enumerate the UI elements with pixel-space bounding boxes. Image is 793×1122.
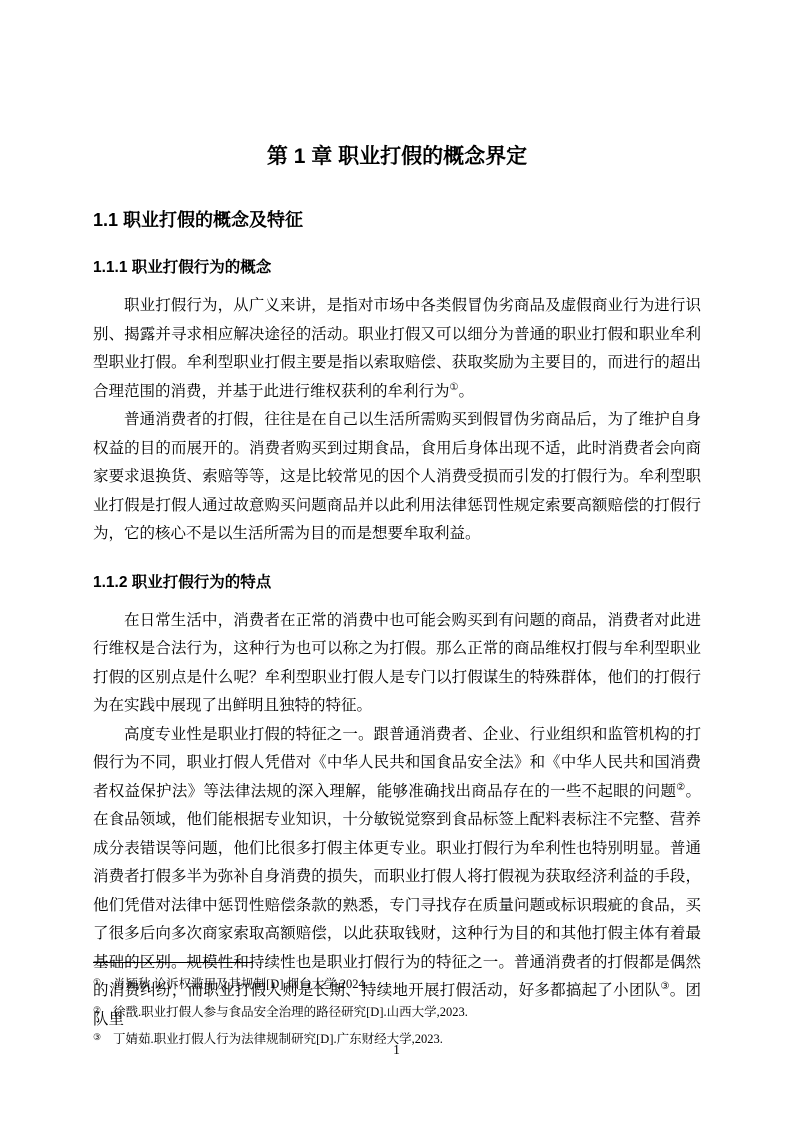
paragraph-1-end: 。 (458, 383, 474, 400)
subsection-heading-1-1-2: 1.1.2 职业打假行为的特点 (93, 573, 701, 593)
subsection-heading-1-1-1: 1.1.1 职业打假行为的概念 (93, 258, 701, 278)
page-number: 1 (0, 1042, 793, 1058)
footnote-separator (93, 962, 253, 963)
footnote-1: ① 肖颖秋.论诉权滥用及其规制[D].烟台大学,2024. (93, 971, 701, 999)
paragraph-1-text: 职业打假行为，从广义来讲，是指对市场中各类假冒伪劣商品及虚假商业行为进行识别、揭… (93, 297, 701, 400)
page-content: 第 1 章 职业打假的概念界定 1.1 职业打假的概念及特征 1.1.1 职业打… (0, 0, 793, 1034)
paragraph-4-text-a: 高度专业性是职业打假的特征之一。跟普通消费者、企业、行业组织和监管机构的打假行为… (93, 726, 701, 800)
footnote-1-text: 肖颖秋.论诉权滥用及其规制[D].烟台大学,2024. (113, 977, 368, 991)
footnotes-area: ① 肖颖秋.论诉权滥用及其规制[D].烟台大学,2024. ② 徐戬.职业打假人… (93, 962, 701, 1054)
section-heading-1-1: 1.1 职业打假的概念及特征 (93, 208, 701, 232)
paragraph-2: 普通消费者的打假，往往是在自己以生活所需购买到假冒伪劣商品后，为了维护自身权益的… (93, 406, 701, 549)
footnote-2: ② 徐戬.职业打假人参与食品安全治理的路径研究[D].山西大学,2023. (93, 999, 701, 1027)
paragraph-1: 职业打假行为，从广义来讲，是指对市场中各类假冒伪劣商品及虚假商业行为进行识别、揭… (93, 292, 701, 406)
footnote-2-text: 徐戬.职业打假人参与食品安全治理的路径研究[D].山西大学,2023. (113, 1005, 468, 1019)
document-page: 第 1 章 职业打假的概念界定 1.1 职业打假的概念及特征 1.1.1 职业打… (0, 0, 793, 1122)
paragraph-3: 在日常生活中，消费者在正常的消费中也可能会购买到有问题的商品，消费者对此进行维权… (93, 607, 701, 721)
footnote-1-marker: ① (93, 969, 101, 997)
chapter-title: 第 1 章 职业打假的概念界定 (93, 142, 701, 172)
footnote-2-marker: ② (93, 997, 101, 1025)
